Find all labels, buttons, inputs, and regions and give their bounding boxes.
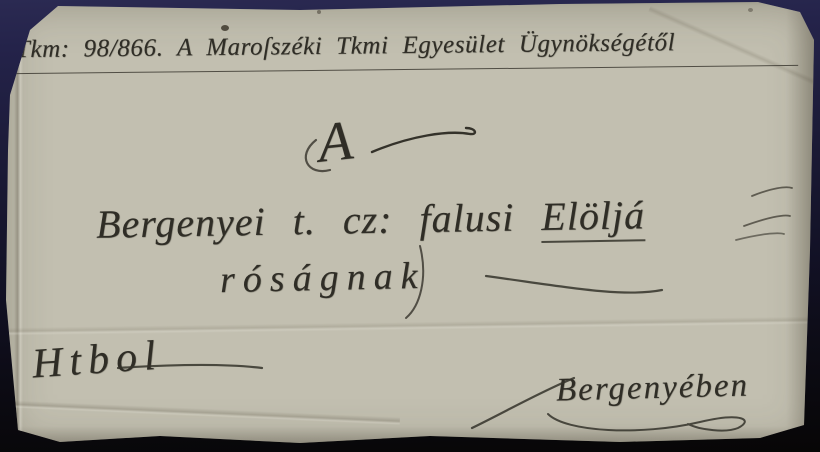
paper-crease: [0, 316, 820, 335]
address-line-1: Bergenyei t. cz: falusi Elöljá: [96, 191, 646, 248]
address-line-1-underlined: Elöljá: [541, 192, 646, 243]
ink-speck: [221, 25, 229, 31]
docket-reference-line: Tkm: 98/866. A Maroſszéki Tkmi Egyesület…: [16, 28, 798, 74]
paper-edge-shadow: [786, 0, 820, 452]
ink-speck: [748, 8, 753, 12]
destination-note: Bergenyében: [556, 367, 750, 409]
photograph-of-envelope: Tkm: 98/866. A Maroſszéki Tkmi Egyesület…: [0, 0, 820, 452]
paper-edge-shadow: [0, 426, 820, 452]
envelope-paper: Tkm: 98/866. A Maroſszéki Tkmi Egyesület…: [0, 0, 820, 452]
ink-speck: [317, 10, 321, 14]
origin-note: Htbol: [30, 332, 164, 389]
flourished-initial: A: [315, 108, 356, 175]
paper-crease: [0, 399, 400, 425]
address-line-1-text: Bergenyei t. cz: falusi: [96, 194, 515, 246]
address-line-2: róságnak: [220, 254, 426, 302]
